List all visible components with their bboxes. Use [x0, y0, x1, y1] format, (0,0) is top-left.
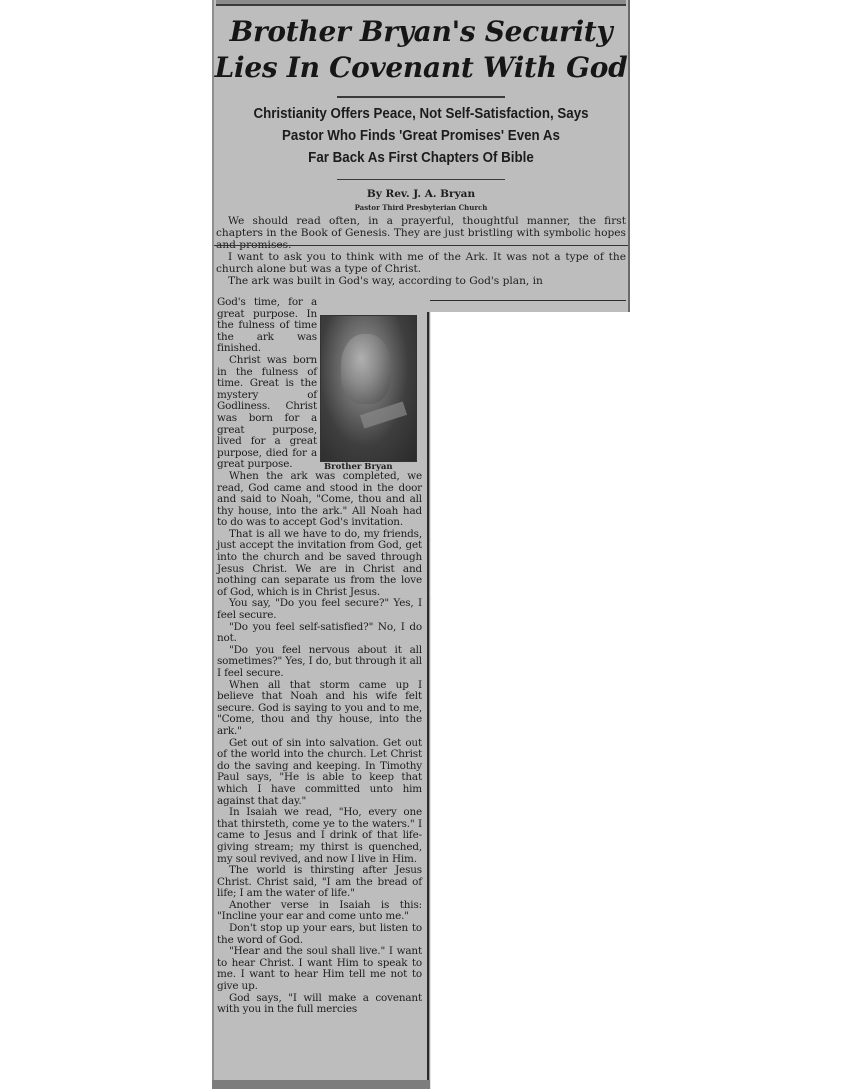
headline-line-1: Brother Bryan's Security: [212, 14, 630, 50]
headline: Brother Bryan's Security Lies In Covenan…: [212, 14, 630, 86]
top-rule: [216, 4, 626, 6]
subheadline: Christianity Offers Peace, Not Self-Sati…: [231, 103, 612, 169]
fragment-glyph: c: [430, 724, 442, 736]
fold-line: [214, 245, 628, 246]
fragment-glyph: t: [430, 446, 442, 458]
portrait-face: [341, 334, 391, 404]
body-paragraph: You say, "Do you feel secure?" Yes, I fe…: [217, 598, 422, 621]
body-paragraph: "Do you feel nervous about it all someti…: [217, 645, 422, 680]
subheadline-line-2: Pastor Who Finds 'Great Promises' Even A…: [231, 125, 612, 147]
fragment-glyph: c: [430, 689, 442, 701]
headline-line-2: Lies In Covenant With God: [212, 50, 630, 86]
fragment-glyph: t: [430, 527, 442, 539]
fragment-glyph: a: [430, 561, 442, 573]
fragment-glyph: p: [430, 492, 442, 504]
fragment-glyph: c: [430, 619, 442, 631]
body-paragraph: Christ was born in the fulness of time. …: [217, 355, 317, 471]
fragment-glyph: a: [430, 608, 442, 620]
fragment-glyph: c: [430, 504, 442, 516]
subheadline-line-3: Far Back As First Chapters Of Bible: [231, 147, 612, 169]
fragment-glyph: s: [430, 480, 442, 492]
fragment-glyph: v: [430, 596, 442, 608]
fragment-glyph: s: [430, 585, 442, 597]
body-paragraph: "Hear and the soul shall live." I want t…: [217, 946, 422, 992]
fragment-glyph: s: [430, 411, 442, 423]
body-paragraph: Get out of sin into salvation. Get out o…: [217, 738, 422, 808]
left-edge: [212, 0, 214, 1089]
fragment-glyph: n: [430, 364, 442, 376]
portrait-collar: [360, 401, 407, 428]
author-affiliation: Pastor Third Presbyterian Church: [212, 203, 630, 212]
body-paragraph: Don't stop up your ears, but listen to t…: [217, 923, 422, 946]
body-paragraph: God's time, for a great purpose. In the …: [217, 297, 317, 355]
lead-text: We should read often, in a prayerful, th…: [216, 215, 626, 287]
body-paragraph: When all that storm came up I believe th…: [217, 680, 422, 738]
fragment-glyph: E: [430, 457, 442, 469]
fragment-glyph: t: [430, 434, 442, 446]
fragment-glyph: a: [430, 654, 442, 666]
photo-caption: Brother Bryan: [324, 462, 393, 472]
fragment-glyph: l: [430, 376, 442, 388]
fragment-glyph: c: [430, 643, 442, 655]
headline-rule: [337, 96, 505, 98]
fragment-glyph: c: [430, 573, 442, 585]
author-portrait-photo: [320, 315, 417, 462]
fragment-glyph: a: [430, 735, 442, 747]
fragment-glyph: s: [430, 422, 442, 434]
body-paragraph: In Isaiah we read, "Ho, every one that t…: [217, 807, 422, 865]
body-paragraph: God says, "I will make a covenant with y…: [217, 993, 422, 1016]
fragment-glyph: c: [430, 677, 442, 689]
body-paragraph: Another verse in Isaiah is this: "Inclin…: [217, 900, 422, 923]
column-separator-rule: [430, 300, 626, 301]
lead-paragraph: The ark was built in God's way, accordin…: [216, 275, 626, 287]
fragment-glyph: t: [430, 666, 442, 678]
body-paragraph: "Do you feel self-satisfied?" No, I do n…: [217, 622, 422, 645]
body-paragraph: That is all we have to do, my friends, j…: [217, 529, 422, 599]
deck-rule: [337, 179, 505, 180]
fragment-glyph: a: [430, 388, 442, 400]
newspaper-clipping: Brother Bryan's Security Lies In Covenan…: [212, 0, 630, 1089]
body-paragraph: The world is thirsting after Jesus Chris…: [217, 865, 422, 900]
fragment-glyph: v: [430, 538, 442, 550]
body-paragraph: When the ark was completed, we read, God…: [217, 471, 422, 529]
fragment-glyph: C: [430, 469, 442, 481]
byline: By Rev. J. A. Bryan: [212, 188, 630, 200]
fragment-glyph: C: [430, 353, 442, 365]
fragment-glyph: s: [430, 330, 442, 342]
fragment-glyph: C: [430, 318, 442, 330]
fragment-glyph: a: [430, 399, 442, 411]
fragment-glyph: t: [430, 631, 442, 643]
lead-paragraph: I want to ask you to think with me of th…: [216, 251, 626, 275]
fragment-glyph: d: [430, 712, 442, 724]
bottom-edge: [212, 1080, 430, 1089]
fragment-glyph: i: [430, 747, 442, 759]
fragment-glyph: s: [430, 515, 442, 527]
subheadline-line-1: Christianity Offers Peace, Not Self-Sati…: [231, 103, 612, 125]
adjacent-column-fragments: CstCnlaassttECspcstvsacsvactcatccadcai: [430, 318, 442, 759]
fragment-glyph: t: [430, 341, 442, 353]
fragment-glyph: a: [430, 701, 442, 713]
fragment-glyph: s: [430, 550, 442, 562]
